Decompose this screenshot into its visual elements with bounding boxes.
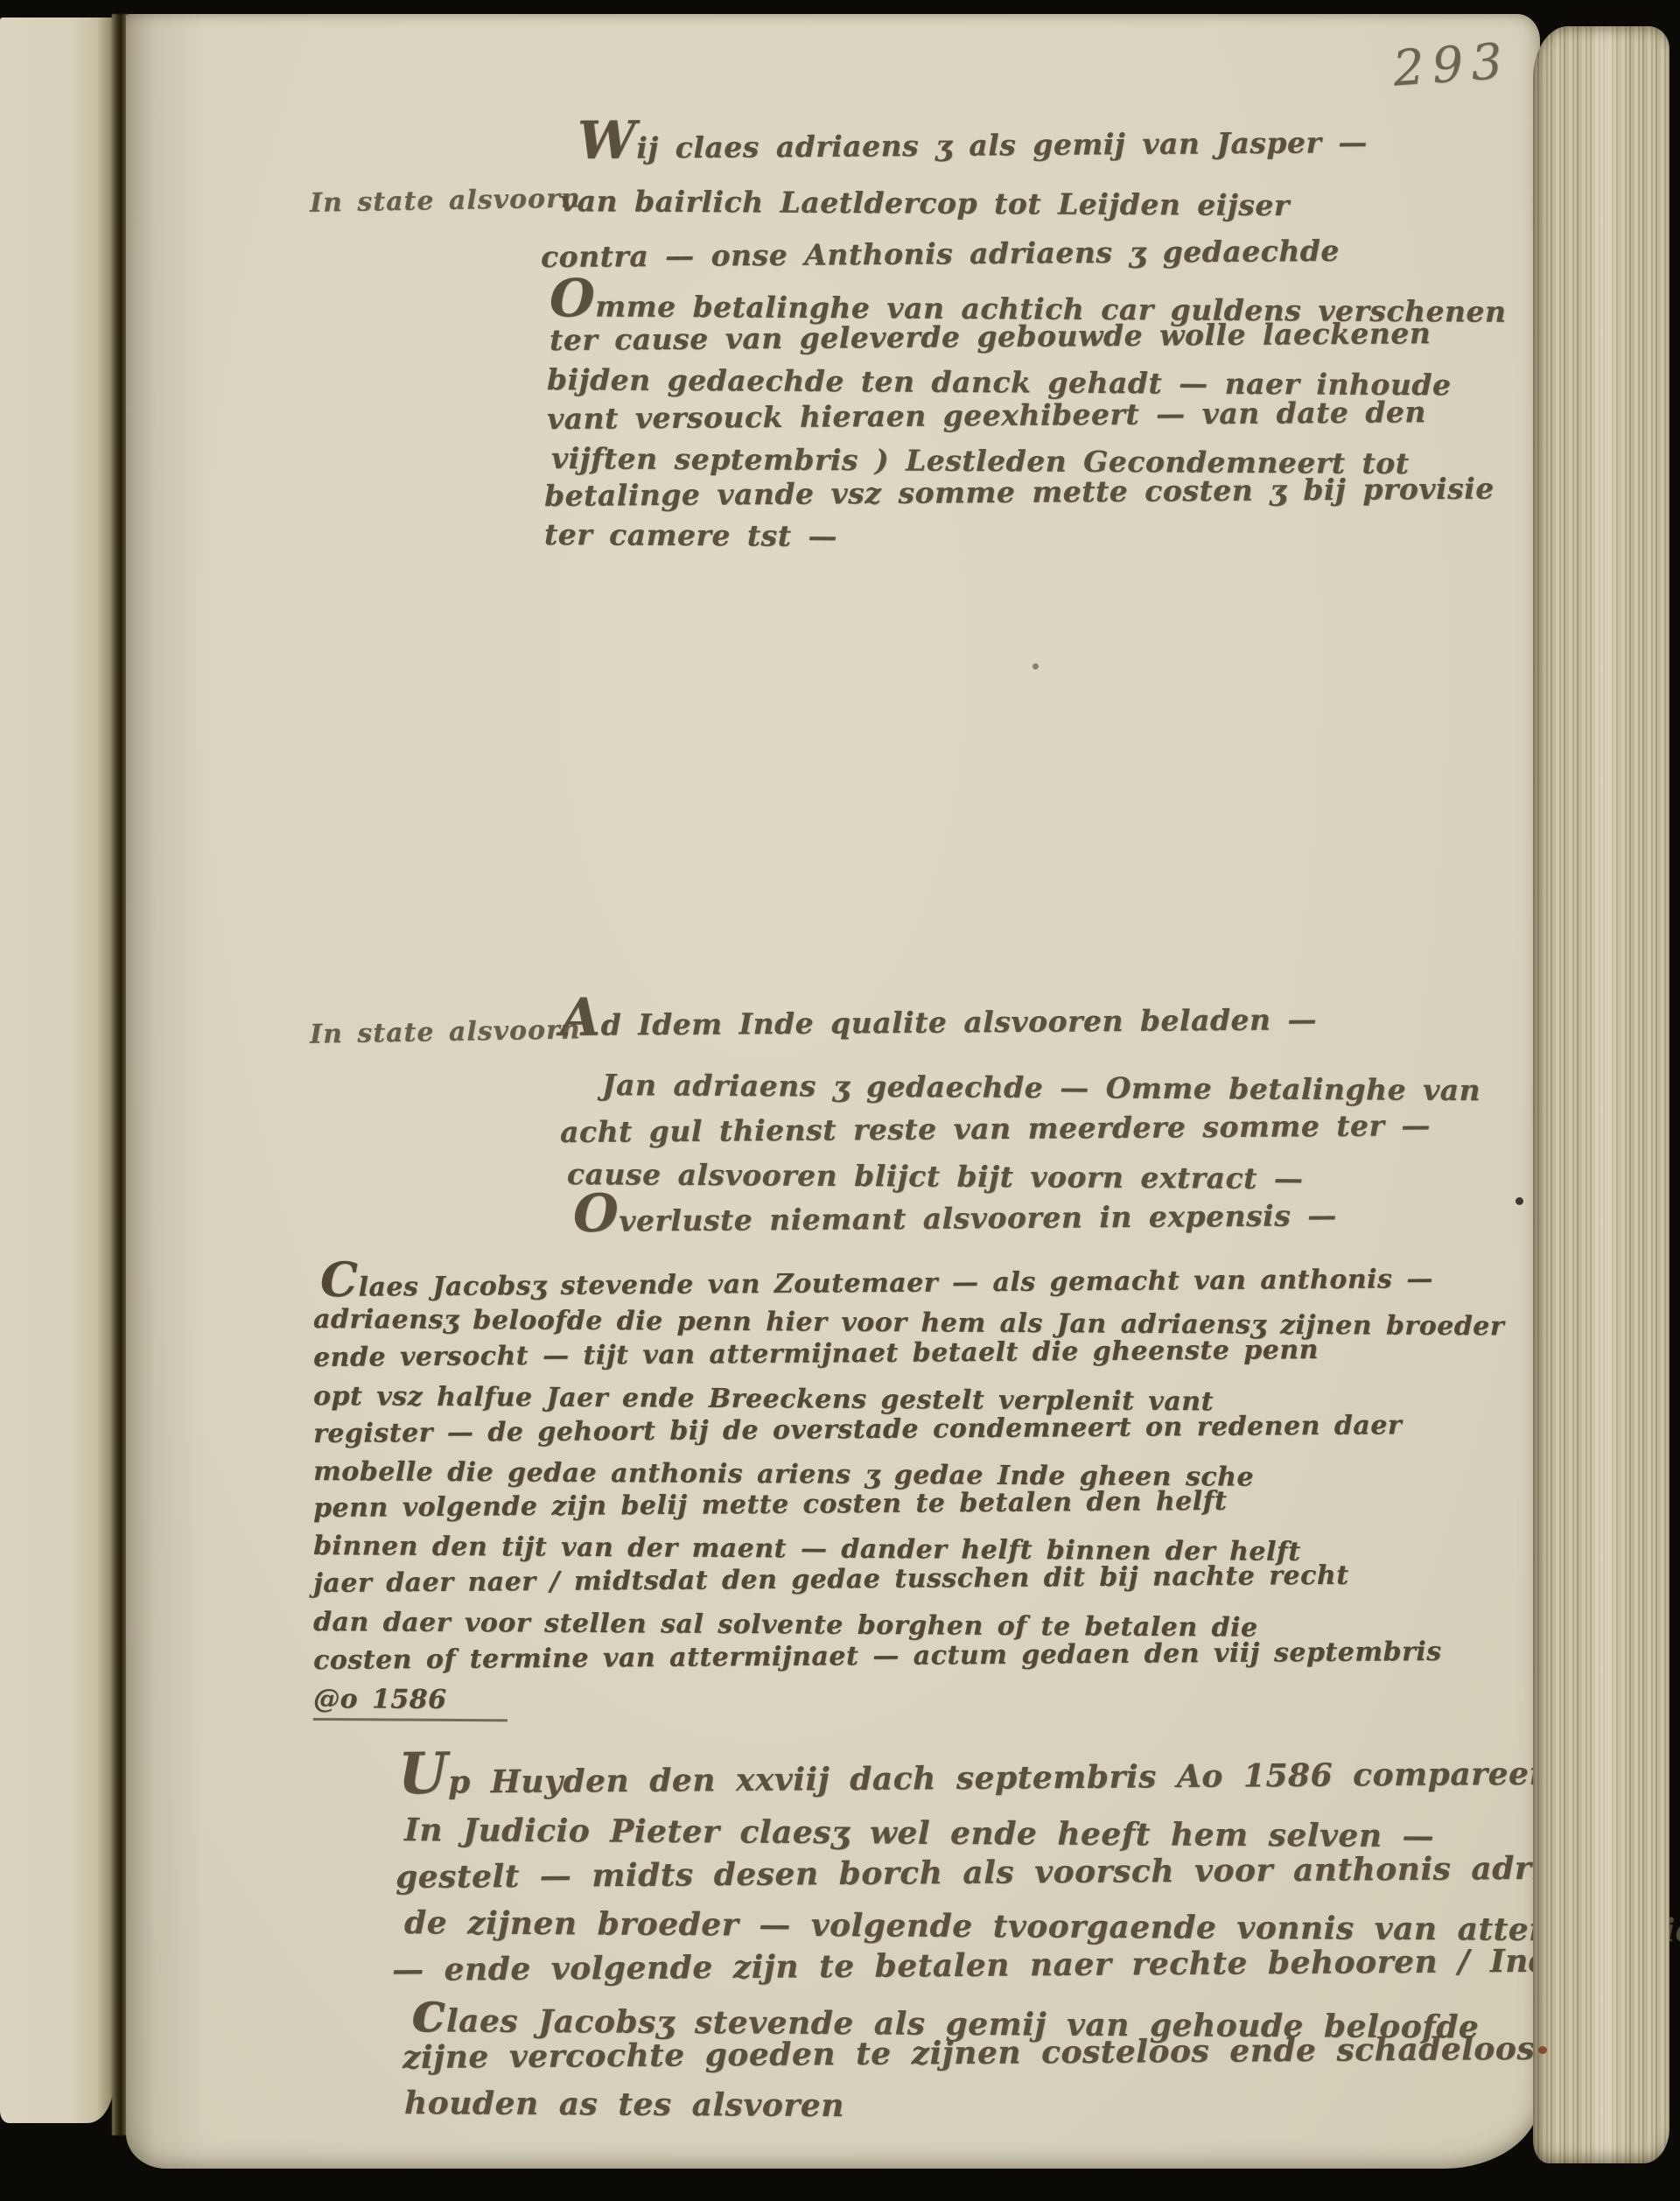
manuscript-line: Wij claes adriaens ʒ als gemij van Jaspe…	[577, 120, 1368, 165]
manuscript-line: vant versouck hieraen geexhibeert — van …	[547, 395, 1426, 436]
margin-note: In state alsvoorn	[310, 1014, 581, 1049]
manuscript-line: — ende volgende zijn te betalen naer rec…	[392, 1942, 1571, 1988]
manuscript-page: 293 Wij claes adriaens ʒ als gemij van J…	[126, 14, 1540, 2169]
manuscript-line: dan daer voor stellen sal solvente borgh…	[313, 1607, 1258, 1644]
book-scan: 293 Wij claes adriaens ʒ als gemij van J…	[0, 0, 1680, 2201]
manuscript-line: ter camere tst —	[544, 517, 837, 553]
manuscript-line: In Judicio Pieter claesʒ wel ende heeft …	[404, 1812, 1434, 1854]
manuscript-line: ter cause van geleverde gebouwde wolle l…	[549, 316, 1431, 357]
folio-number: 293	[1391, 32, 1512, 97]
manuscript-line: register — de gehoort bij de overstade c…	[313, 1410, 1402, 1449]
manuscript-line: opt vsz halfue Jaer ende Breeckens geste…	[313, 1381, 1214, 1417]
manuscript-line: ende versocht — tijt van attermijnaet be…	[313, 1335, 1319, 1373]
manuscript-line: Overluste niemant alsvooren in expensis …	[573, 1193, 1337, 1238]
facing-page-edge	[0, 18, 114, 2123]
manuscript-line: Claes Jacobsʒ stevende van Zoutemaer — a…	[320, 1257, 1433, 1303]
ink-speck	[1032, 663, 1039, 669]
manuscript-line: van bairlich Laetldercop tot Leijden eij…	[560, 184, 1290, 222]
margin-note: In state alsvoorn	[310, 183, 581, 218]
manuscript-line: Ad Idem Inde qualite alsvooren beladen —	[560, 997, 1317, 1042]
manuscript-line: Up Huyden den xxviij dach septembris Ao …	[398, 1748, 1589, 1801]
manuscript-line: gestelt — midts desen borch als voorsch …	[395, 1849, 1645, 1896]
manuscript-line: Jan adriaens ʒ gedaechde — Omme betaling…	[602, 1068, 1480, 1107]
manuscript-line: contra — onse Anthonis adriaens ʒ gedaec…	[541, 234, 1340, 274]
ink-speck	[1538, 2046, 1547, 2054]
page-stack-fore-edge	[1533, 26, 1669, 2163]
ink-speck	[1515, 1197, 1523, 1205]
manuscript-line: penn volgende zijn belij mette costen te…	[313, 1486, 1228, 1524]
manuscript-date-line: @o 1586	[313, 1684, 508, 1721]
manuscript-line: cause alsvooren blijct bijt voorn extrac…	[567, 1157, 1304, 1195]
manuscript-line: jaer daer naer / midtsdat den gedae tuss…	[313, 1560, 1349, 1599]
manuscript-line: houden as tes alsvoren	[404, 2085, 844, 2124]
manuscript-line: adriaensʒ beloofde die penn hier voor he…	[313, 1304, 1504, 1342]
manuscript-line: betalinge vande vsz somme mette costen ʒ…	[544, 471, 1494, 513]
manuscript-line: acht gul thienst reste van meerdere somm…	[560, 1108, 1431, 1149]
manuscript-line: costen of termine van attermijnaet — act…	[313, 1637, 1442, 1676]
